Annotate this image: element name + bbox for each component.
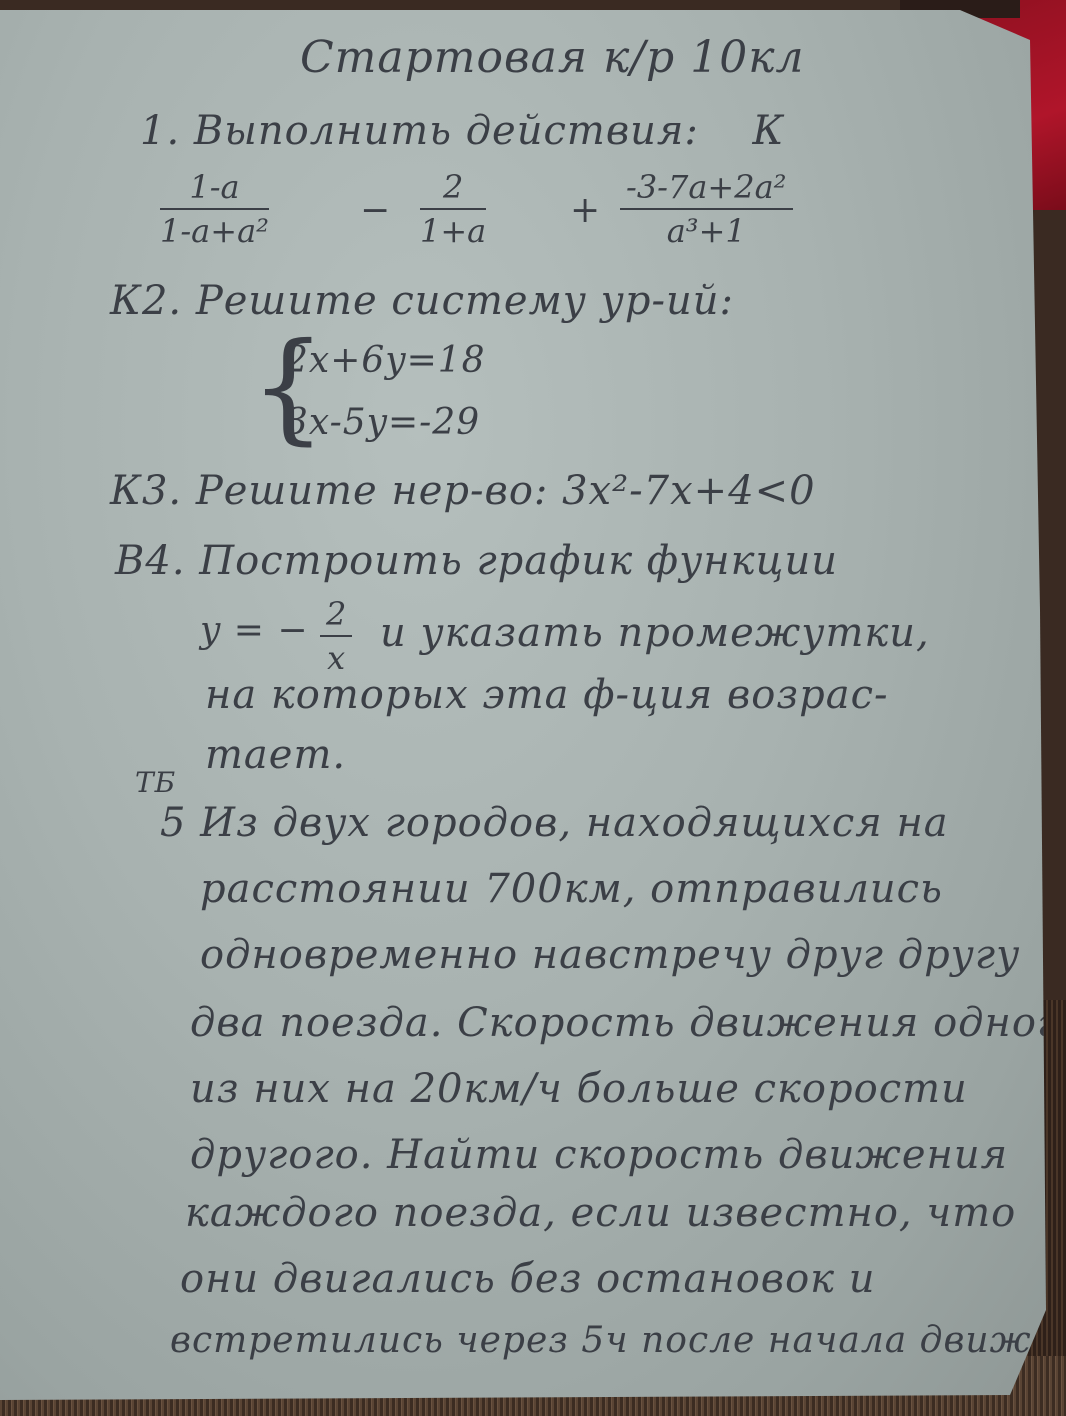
inequality: 3x²-7x+4<0 (562, 468, 816, 514)
fraction-1: 1-a 1-a+a² (160, 168, 269, 250)
fraction-3: -3-7a+2a² a³+1 (620, 168, 793, 250)
equation-2: 3x-5y=-29 (285, 402, 480, 443)
task-label: Выполнить действия: (194, 108, 699, 154)
fraction-2: 2 1+a (420, 168, 486, 250)
task-2-header: К2. Решите систему ур-ий: (110, 278, 734, 324)
task-5-line-2: расстоянии 700км, отправились (200, 866, 943, 912)
task-level: К (753, 108, 785, 154)
task-5-line-8: они двигались без остановок и (180, 1256, 876, 1302)
task-4-line-2: и указать промежутки, (380, 610, 930, 656)
equation-1: 2x+6y=18 (285, 340, 486, 381)
task-3: К3. Решите нер-во: 3x²-7x+4<0 (110, 468, 816, 514)
task-5-line-4: два поезда. Скорость движения одного (190, 1000, 1066, 1046)
task-5-line-9: встретились через 5ч после начала движе- (170, 1320, 1066, 1361)
task-4-header: В4. Построить график функции (115, 538, 838, 584)
task-1-header: 1. Выполнить действия: К (140, 108, 785, 154)
task-5-line-1: 5 Из двух городов, находящихся на (160, 800, 949, 846)
task-5-line-3: одновременно навстречу друг другу (200, 932, 1020, 978)
margin-note: ТБ (135, 766, 176, 799)
operator-plus: + (570, 190, 600, 231)
task-5-line-5: из них на 20км/ч больше скорости (190, 1066, 968, 1112)
operator-minus: − (360, 190, 390, 231)
task-5-line-6: другого. Найти скорость движения (190, 1132, 1008, 1178)
document-title: Стартовая к/р 10кл (300, 32, 805, 83)
function-fraction: 2 x (320, 595, 352, 677)
task-number: 1. (140, 108, 180, 154)
task-4-line-4: тает. (205, 732, 346, 778)
task-5-line-7: каждого поезда, если известно, что (185, 1190, 1016, 1236)
function-lhs: y = − (200, 610, 309, 651)
paper-sheet: Стартовая к/р 10кл 1. Выполнить действия… (0, 10, 1046, 1400)
task-4-line-3: на которых эта ф-ция возрас- (205, 672, 889, 718)
